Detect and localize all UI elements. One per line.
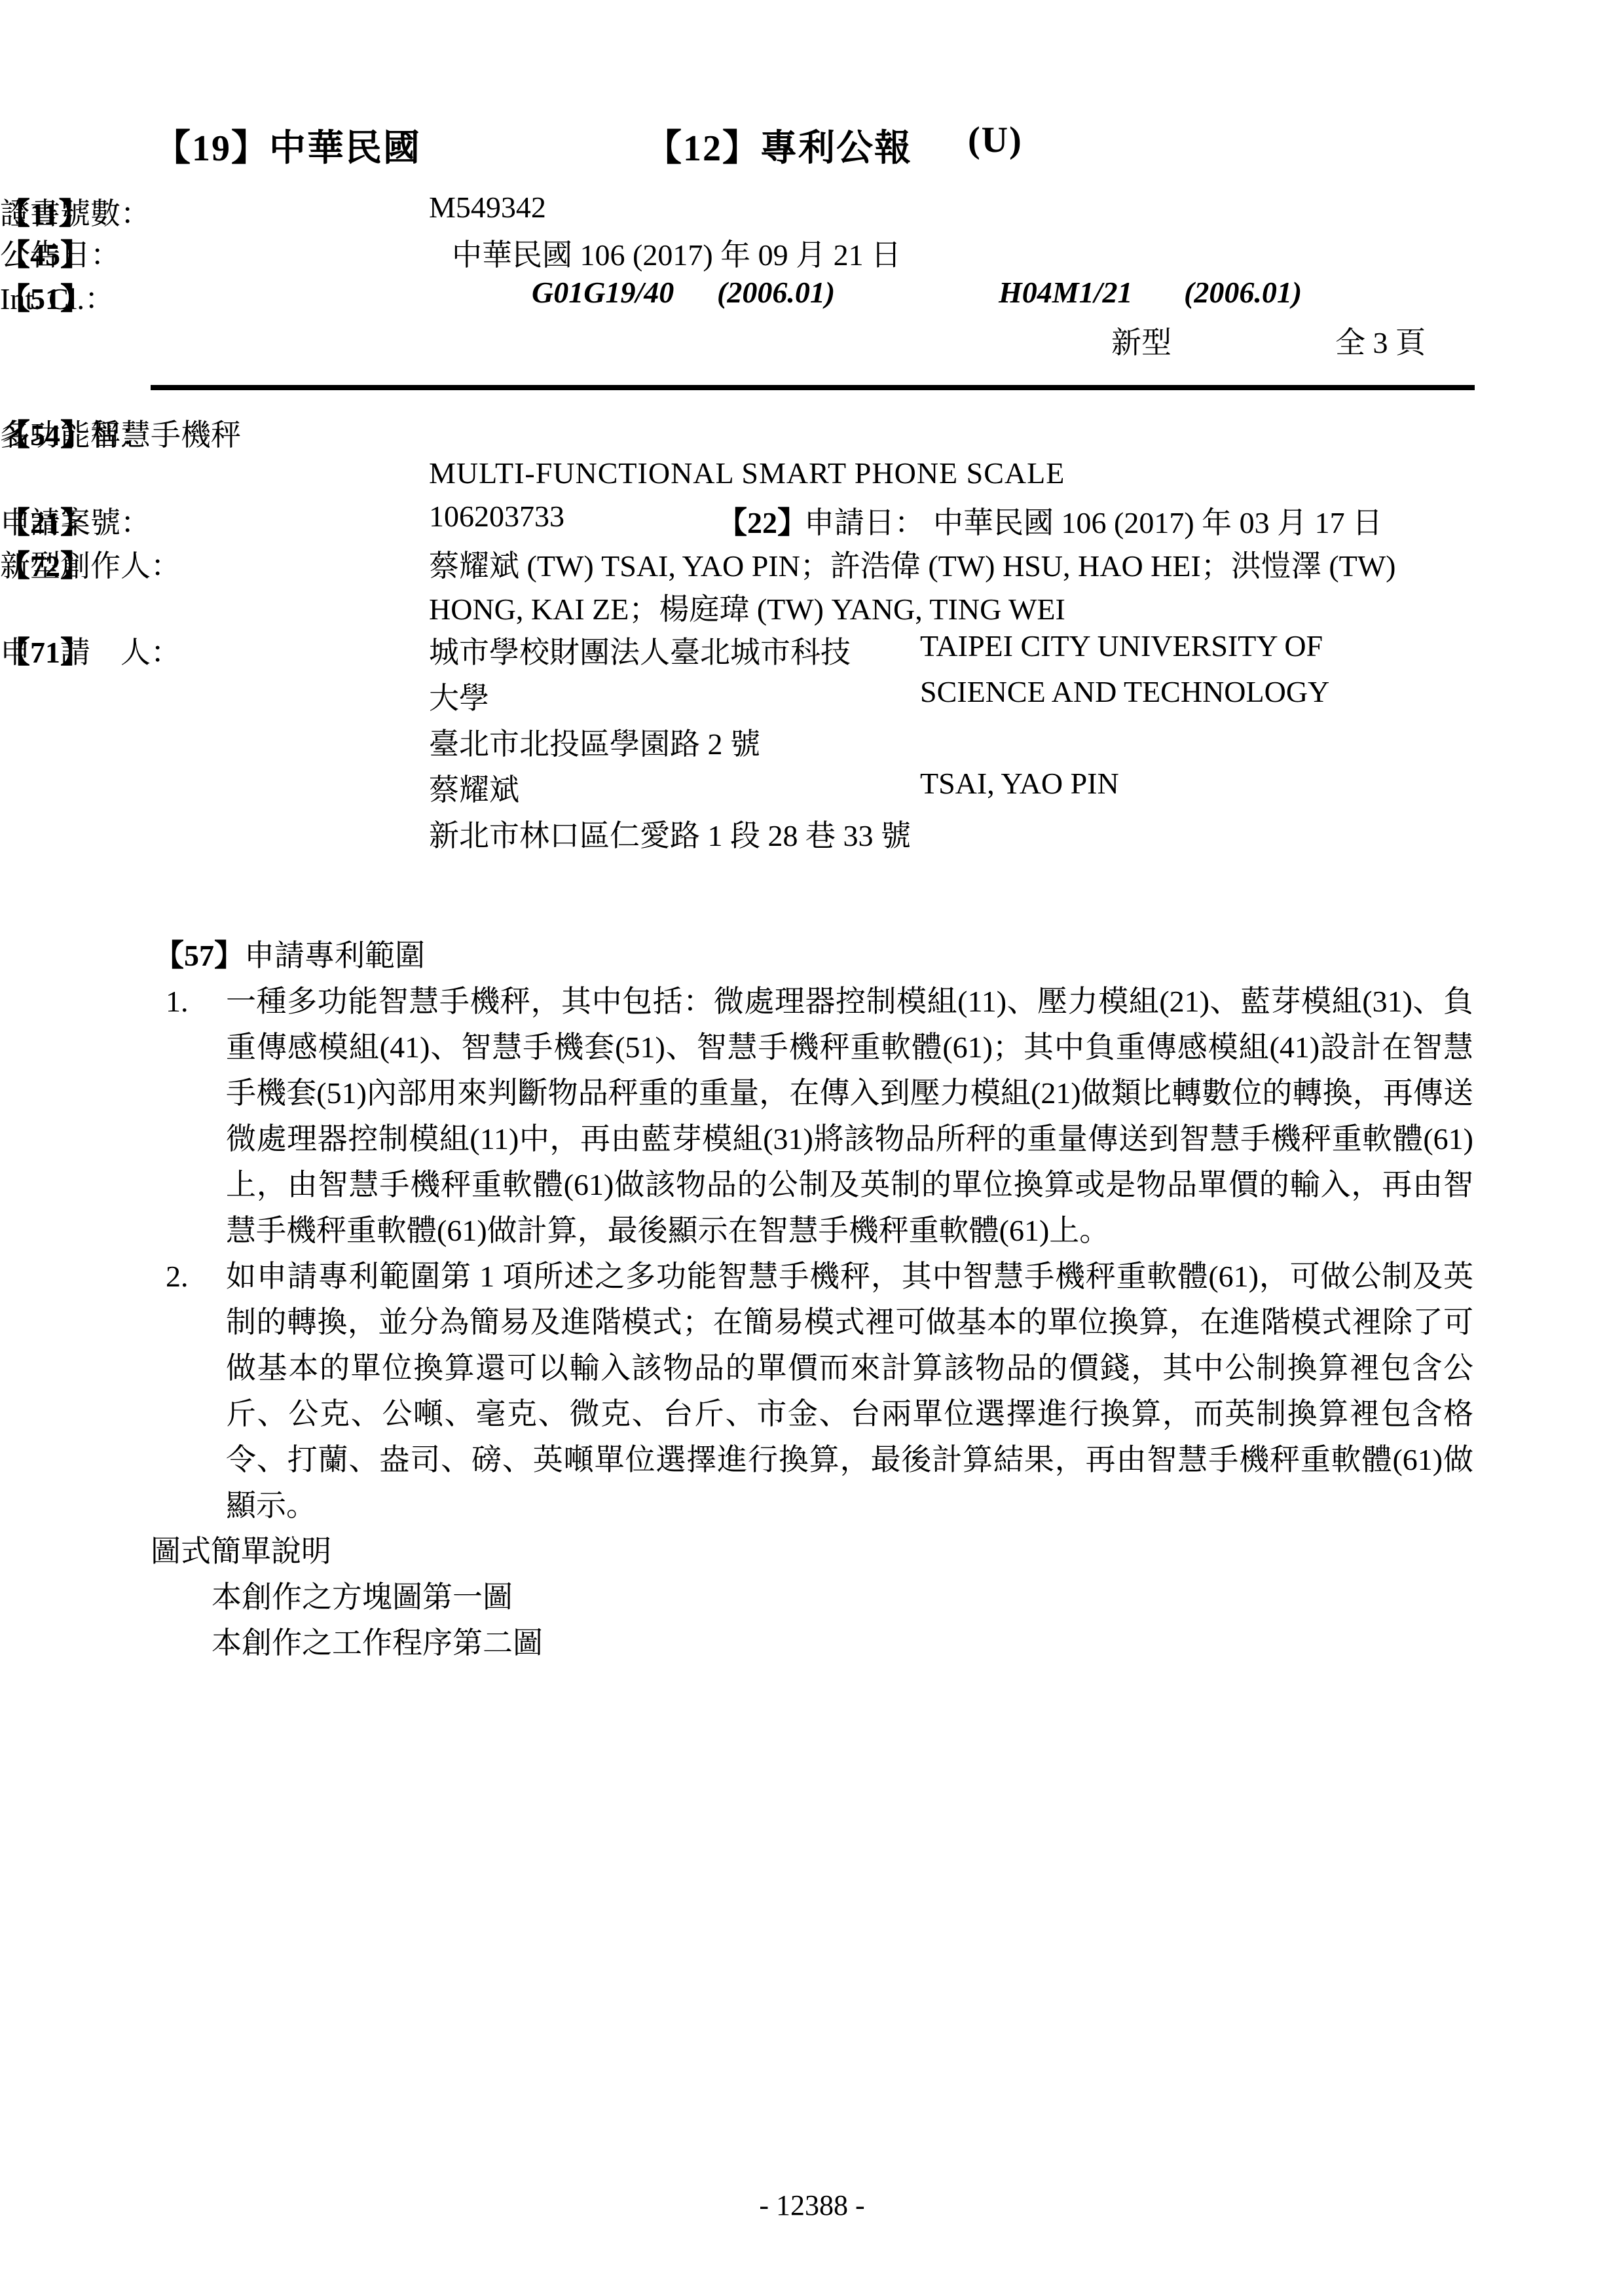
inid-tag-22: 【22】	[717, 499, 807, 542]
int-cl-label: Int. Cl.：	[0, 275, 115, 318]
figure-description-1: 本創作之方塊圖第一圖	[154, 1575, 1473, 1620]
claims-heading: 【57】申請專利範圍	[154, 933, 1473, 979]
pub-date-value: 中華民國 106 (2017) 年 09 月 21 日	[452, 231, 901, 274]
inid-tag-57: 【57】	[154, 939, 244, 972]
claims-section: 【57】申請專利範圍 1. 一種多功能智慧手機秤，其中包括：微處理器控制模組(1…	[154, 933, 1473, 1666]
header-country: 【19】中華民國	[154, 119, 421, 172]
application-date-label: 申請日：	[804, 499, 925, 542]
page-count: 全 3 頁	[1335, 319, 1426, 362]
ipc-version-2: (2006.01)	[1184, 275, 1302, 310]
claim-text: 如申請專利範圍第 1 項所述之多功能智慧手機秤，其中智慧手機秤重軟體(61)，可…	[226, 1260, 1473, 1522]
title-zh: 多功能智慧手機秤	[0, 411, 241, 454]
figure-description-2: 本創作之工作程序第二圖	[154, 1620, 1473, 1666]
inid-tag-19: 【19】	[154, 128, 269, 169]
claim-1: 1. 一種多功能智慧手機秤，其中包括：微處理器控制模組(11)、壓力模組(21)…	[154, 979, 1473, 1254]
inid-tag-12: 【12】	[645, 128, 760, 169]
application-number-label: 申請案號：	[0, 499, 151, 542]
application-date-value: 中華民國 106 (2017) 年 03 月 17 日	[933, 499, 1382, 542]
applicant-zh-line: 大學	[429, 674, 489, 718]
country-name: 中華民國	[269, 128, 421, 169]
claim-2: 2. 如申請專利範圍第 1 項所述之多功能智慧手機秤，其中智慧手機秤重軟體(61…	[154, 1254, 1473, 1529]
title-en: MULTI-FUNCTIONAL SMART PHONE SCALE	[429, 456, 1065, 490]
applicant-address-line: 臺北市北投區學園路 2 號	[429, 720, 760, 763]
claims-heading-text: 申請專利範圍	[244, 939, 425, 972]
ipc-code-2: H04M1/21	[999, 275, 1132, 310]
claim-number: 1.	[166, 979, 189, 1025]
cert-number-label: 證書號數：	[0, 190, 151, 233]
applicant-zh-line: 蔡耀斌	[429, 766, 519, 809]
ipc-version-1: (2006.01)	[717, 275, 835, 310]
ipc-code-1: G01G19/40	[532, 275, 674, 310]
inventors-line-1: 蔡耀斌 (TW) TSAI, YAO PIN；許浩偉 (TW) HSU, HAO…	[429, 542, 1395, 585]
inventors-label: 新型創作人：	[0, 542, 181, 585]
footer-page-number: - 12388 -	[0, 2189, 1624, 2222]
figures-heading: 圖式簡單說明	[151, 1529, 1473, 1575]
patent-type: 新型	[1111, 319, 1172, 362]
applicant-en-line: SCIENCE AND TECHNOLOGY	[920, 674, 1329, 709]
applicant-en-line: TSAI, YAO PIN	[920, 766, 1119, 801]
pub-date-label: 公告日：	[0, 231, 120, 274]
kind-code: (U)	[968, 119, 1023, 161]
patent-gazette-page: 【19】中華民國 【12】專利公報 (U) 【11】 證書號數： M549342…	[0, 0, 1624, 2296]
claim-text: 一種多功能智慧手機秤，其中包括：微處理器控制模組(11)、壓力模組(21)、藍芽…	[226, 985, 1473, 1247]
cert-number-value: M549342	[429, 190, 546, 225]
applicant-address-line: 新北市林口區仁愛路 1 段 28 巷 33 號	[429, 812, 911, 855]
section-divider	[151, 385, 1475, 390]
claim-number: 2.	[166, 1254, 189, 1300]
publication-name: 專利公報	[760, 128, 912, 169]
application-number-value: 106203733	[429, 499, 564, 534]
applicant-zh-line: 城市學校財團法人臺北城市科技	[429, 629, 851, 672]
header-publication: 【12】專利公報	[645, 119, 912, 172]
applicant-label: 申 請 人：	[0, 629, 181, 672]
applicant-en-line: TAIPEI CITY UNIVERSITY OF	[920, 629, 1323, 663]
inventors-line-2: HONG, KAI ZE；楊庭瑋 (TW) YANG, TING WEI	[429, 585, 1065, 629]
